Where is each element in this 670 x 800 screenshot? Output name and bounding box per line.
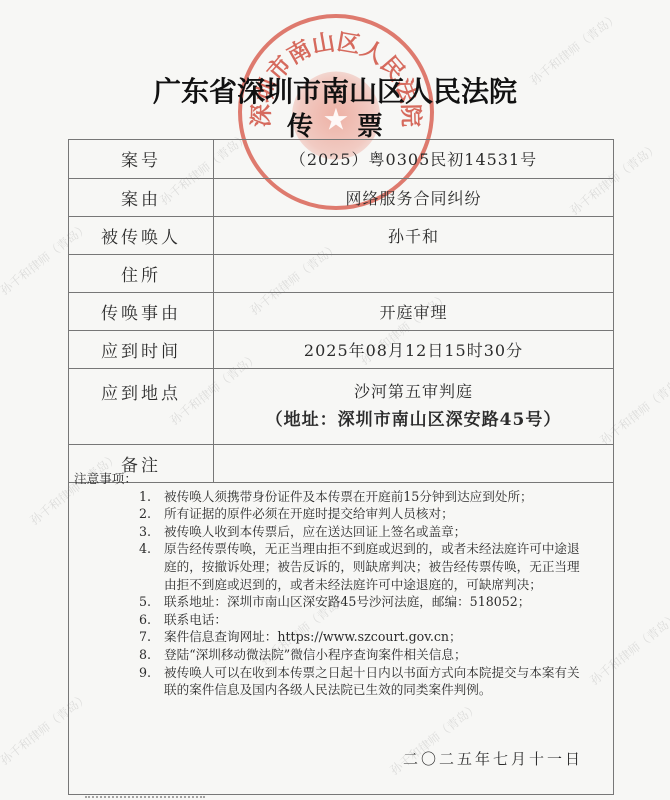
notes-list: 1.被传唤人须携带身份证件及本传票在开庭前15分钟到达应到处所； 2.所有证据的… bbox=[69, 488, 613, 699]
item-number: 2. bbox=[139, 505, 151, 523]
field-label: 住所 bbox=[69, 254, 214, 292]
list-item: 7.案件信息查询网址：https://www.szcourt.gov.cn； bbox=[69, 628, 613, 646]
list-item: 5.联系地址：深圳市南山区深安路45号沙河法庭，邮编：518052； bbox=[69, 593, 613, 611]
field-label: 案由 bbox=[69, 178, 214, 216]
summons-table: 案号 （2025）粤0305民初14531号 案由 网络服务合同纠纷 被传唤人 … bbox=[69, 140, 613, 483]
case-cause-value: 网络服务合同纠纷 bbox=[214, 178, 614, 216]
cut-line bbox=[85, 796, 205, 800]
item-text: 所有证据的原件必须在开庭时提交给审判人员核对； bbox=[164, 506, 454, 521]
table-row-residence: 住所 bbox=[69, 254, 613, 292]
case-number-value: （2025）粤0305民初14531号 bbox=[214, 140, 614, 178]
item-text: 联系电话： bbox=[164, 612, 227, 627]
issue-date: 二〇二五年七月十一日 bbox=[403, 748, 583, 769]
list-item: 8.登陆“深圳移动微法院”微信小程序查询案件相关信息； bbox=[69, 646, 613, 664]
item-text: 被传唤人须携带身份证件及本传票在开庭前15分钟到达应到处所； bbox=[164, 489, 533, 504]
field-label: 传唤事由 bbox=[69, 292, 214, 330]
field-label: 应到地点 bbox=[69, 368, 214, 444]
residence-value bbox=[214, 254, 614, 292]
table-row-summoned-person: 被传唤人 孙千和 bbox=[69, 216, 613, 254]
item-text: 案件信息查询网址：https://www.szcourt.gov.cn； bbox=[164, 629, 462, 644]
item-number: 8. bbox=[139, 646, 151, 664]
table-row-case-cause: 案由 网络服务合同纠纷 bbox=[69, 178, 613, 216]
item-text: 联系地址：深圳市南山区深安路45号沙河法庭，邮编：518052； bbox=[164, 594, 530, 609]
item-text: 原告经传票传唤，无正当理由拒不到庭或迟到的，或者未经法庭许可中途退庭的，按撤诉处… bbox=[164, 541, 580, 591]
summons-reason-value: 开庭审理 bbox=[214, 292, 614, 330]
courtroom-name: 沙河第五审判庭 bbox=[214, 378, 613, 406]
table-row-appearance-time: 应到时间 2025年08月12日15时30分 bbox=[69, 330, 613, 368]
item-number: 7. bbox=[139, 628, 151, 646]
field-label: 应到时间 bbox=[69, 330, 214, 368]
field-label: 被传唤人 bbox=[69, 216, 214, 254]
notes-section: 注意事项： 1.被传唤人须携带身份证件及本传票在开庭前15分钟到达应到处所； 2… bbox=[69, 467, 613, 699]
list-item: 9.被传唤人可以在收到本传票之日起十日内以书面方式向本院提交与本案有关联的案件信… bbox=[69, 664, 613, 699]
item-number: 6. bbox=[139, 611, 151, 629]
appearance-location-value: 沙河第五审判庭 （地址：深圳市南山区深安路45号） bbox=[214, 368, 614, 444]
list-item: 2.所有证据的原件必须在开庭时提交给审判人员核对； bbox=[69, 505, 613, 523]
item-number: 5. bbox=[139, 593, 151, 611]
list-item: 3.被传唤人收到本传票后，应在送达回证上签名或盖章； bbox=[69, 523, 613, 541]
appearance-time-value: 2025年08月12日15时30分 bbox=[214, 330, 614, 368]
item-number: 3. bbox=[139, 523, 151, 541]
list-item: 4.原告经传票传唤，无正当理由拒不到庭或迟到的，或者未经法庭许可中途退庭的，按撤… bbox=[69, 540, 613, 593]
item-text: 被传唤人可以在收到本传票之日起十日内以书面方式向本院提交与本案有关联的案件信息及… bbox=[164, 665, 580, 698]
item-number: 1. bbox=[139, 488, 151, 506]
item-number: 4. bbox=[139, 540, 151, 558]
list-item: 1.被传唤人须携带身份证件及本传票在开庭前15分钟到达应到处所； bbox=[69, 488, 613, 506]
list-item: 6.联系电话： bbox=[69, 611, 613, 629]
table-row-summons-reason: 传唤事由 开庭审理 bbox=[69, 292, 613, 330]
notes-heading: 注意事项： bbox=[69, 470, 613, 488]
item-text: 登陆“深圳移动微法院”微信小程序查询案件相关信息； bbox=[164, 647, 467, 662]
summons-form: 案号 （2025）粤0305民初14531号 案由 网络服务合同纠纷 被传唤人 … bbox=[68, 139, 614, 795]
courtroom-address: （地址：深圳市南山区深安路45号） bbox=[214, 406, 613, 434]
table-row-appearance-location: 应到地点 沙河第五审判庭 （地址：深圳市南山区深安路45号） bbox=[69, 368, 613, 444]
document-title: 传票 bbox=[0, 106, 670, 143]
item-number: 9. bbox=[139, 664, 151, 682]
court-name: 广东省深圳市南山区人民法院 bbox=[0, 70, 670, 110]
summoned-person-value: 孙千和 bbox=[214, 216, 614, 254]
item-text: 被传唤人收到本传票后，应在送达回证上签名或盖章； bbox=[164, 524, 466, 539]
table-row-case-number: 案号 （2025）粤0305民初14531号 bbox=[69, 140, 613, 178]
field-label: 案号 bbox=[69, 140, 214, 178]
